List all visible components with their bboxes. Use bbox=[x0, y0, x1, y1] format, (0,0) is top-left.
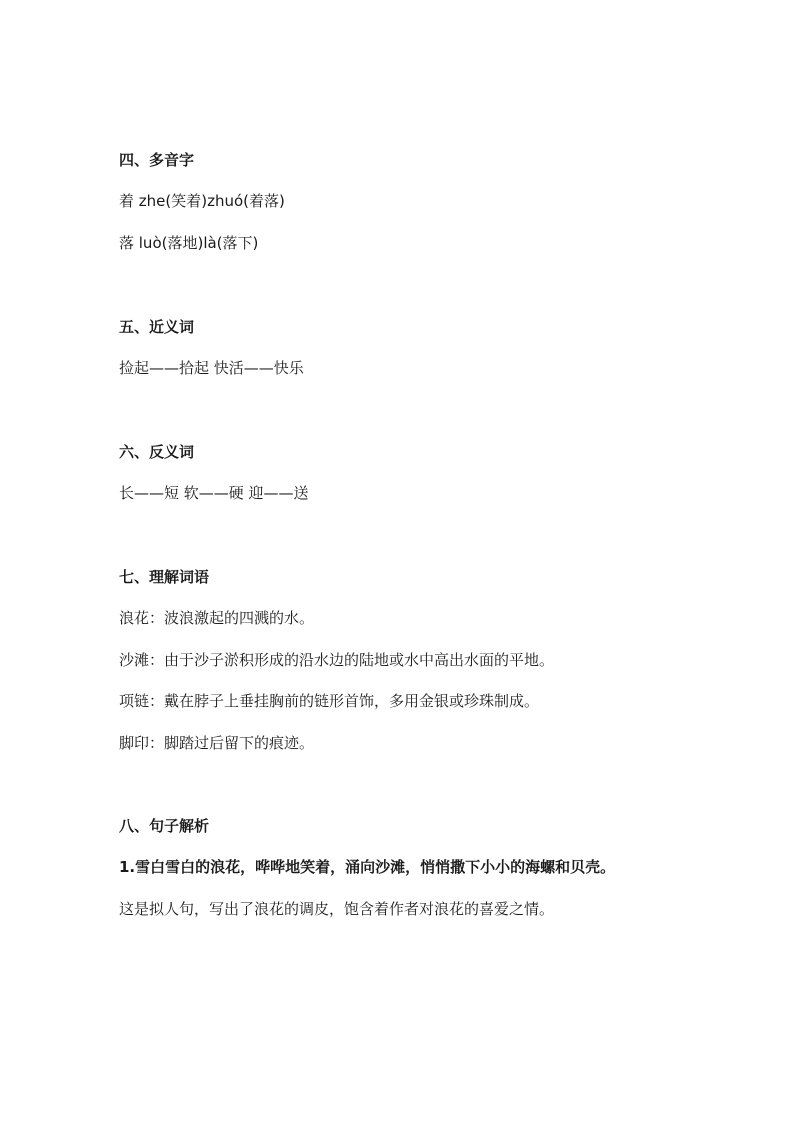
sentence-explanation: 这是拟人句，写出了浪花的调皮，饱含着作者对浪花的喜爱之情。 bbox=[119, 899, 554, 919]
section-heading-antonyms: 六、反义词 bbox=[119, 442, 194, 462]
section-heading-synonyms: 五、近义词 bbox=[119, 317, 194, 337]
synonym-line: 捡起——拾起 快活——快乐 bbox=[119, 358, 304, 378]
antonym-line: 长——短 软——硬 迎——送 bbox=[119, 483, 309, 503]
vocab-definition: 脚印：脚踏过后留下的痕迹。 bbox=[119, 733, 314, 753]
section-heading-polyphones: 四、多音字 bbox=[119, 150, 194, 170]
section-heading-sentence-analysis: 八、句子解析 bbox=[119, 816, 209, 836]
polyphone-luo: 落 luò(落地)là(落下) bbox=[119, 233, 258, 253]
vocab-definition: 浪花：波浪激起的四溅的水。 bbox=[119, 608, 314, 628]
vocab-definition: 沙滩：由于沙子淤积形成的沿水边的陆地或水中高出水面的平地。 bbox=[119, 650, 554, 670]
vocab-definition: 项链：戴在脖子上垂挂胸前的链形首饰，多用金银或珍珠制成。 bbox=[119, 691, 539, 711]
polyphone-zhe: 着 zhe(笑着)zhuó(着落) bbox=[119, 191, 285, 211]
section-heading-vocabulary: 七、理解词语 bbox=[119, 567, 209, 587]
analyzed-sentence: 1.雪白雪白的浪花，哗哗地笑着，涌向沙滩，悄悄撒下小小的海螺和贝壳。 bbox=[119, 857, 615, 877]
